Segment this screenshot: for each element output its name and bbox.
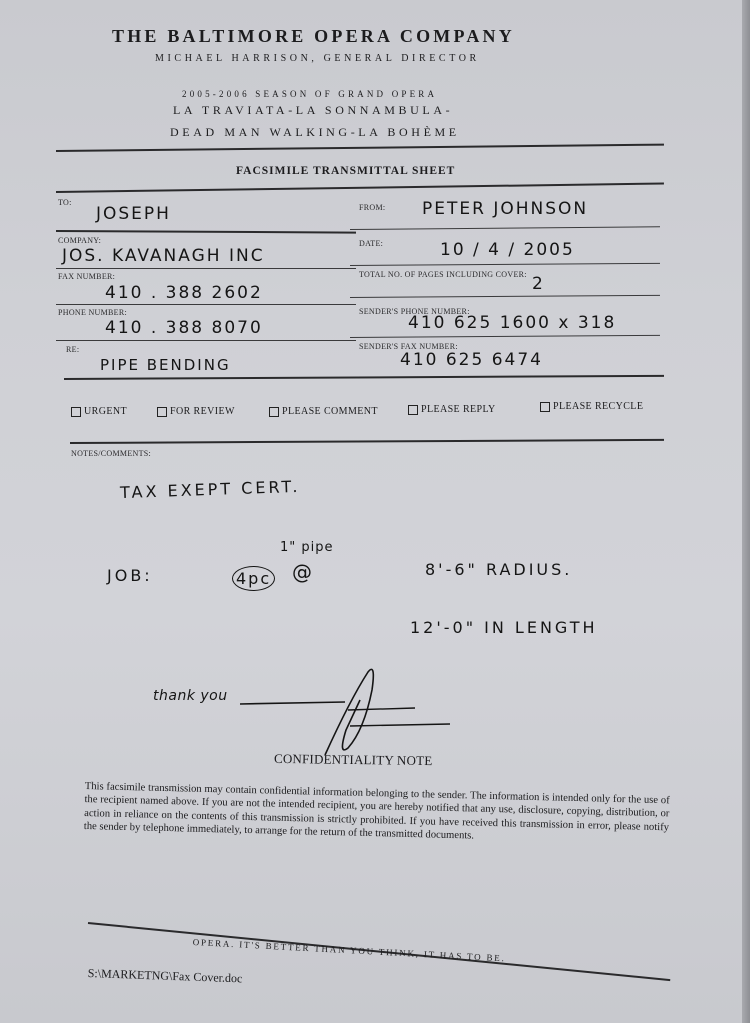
operas-line-1: LA TRAVIATA-LA SONNAMBULA- — [173, 103, 453, 118]
checkbox-label: PLEASE REPLY — [421, 404, 496, 415]
notes-divider — [70, 439, 664, 444]
fax-number-underline — [56, 304, 356, 305]
phone-number-value[interactable]: 410 . 388 8070 — [105, 318, 263, 338]
checkbox-please-comment[interactable]: PLEASE COMMENT — [269, 406, 378, 417]
fax-cover-page: THE BALTIMORE OPERA COMPANY MICHAEL HARR… — [0, 0, 742, 1023]
checkbox-icon — [71, 407, 81, 417]
page-edge — [742, 0, 750, 1023]
sender-fax-value[interactable]: 410 625 6474 — [400, 350, 543, 370]
checkbox-icon — [540, 402, 550, 412]
checkbox-urgent[interactable]: URGENT — [71, 406, 127, 417]
fax-number-label: FAX NUMBER: — [58, 272, 115, 281]
checkbox-icon — [269, 407, 279, 417]
total-pages-underline — [350, 295, 660, 298]
checkbox-please-reply[interactable]: PLEASE REPLY — [408, 404, 496, 415]
letterhead-divider — [56, 144, 664, 152]
checkbox-icon — [157, 407, 167, 417]
title-divider — [56, 183, 664, 193]
date-value[interactable]: 10 / 4 / 2005 — [440, 240, 575, 260]
confidentiality-body: This facsimile transmission may contain … — [84, 780, 670, 848]
checkbox-label: URGENT — [84, 406, 127, 417]
confidentiality-title: CONFIDENTIALITY NOTE — [274, 751, 433, 769]
sender-phone-value[interactable]: 410 625 1600 x 318 — [408, 313, 616, 333]
notes-label: NOTES/COMMENTS: — [71, 449, 151, 458]
company-name: THE BALTIMORE OPERA COMPANY — [112, 26, 515, 47]
from-label: FROM: — [359, 203, 385, 212]
checkbox-icon — [408, 405, 418, 415]
total-pages-value[interactable]: 2 — [532, 274, 545, 294]
re-value[interactable]: PIPE BENDING — [100, 356, 231, 374]
sender-phone-underline — [350, 335, 660, 338]
checkbox-label: FOR REVIEW — [170, 406, 235, 417]
operas-line-2: DEAD MAN WALKING-LA BOHÈME — [170, 125, 460, 140]
job-radius: 8'-6" RADIUS. — [425, 560, 572, 579]
general-director: MICHAEL HARRISON, GENERAL DIRECTOR — [155, 53, 480, 64]
fax-number-value[interactable]: 410 . 388 2602 — [105, 283, 263, 303]
file-path: S:\MARKETNG\Fax Cover.doc — [87, 966, 242, 986]
job-quantity: 4pc — [232, 566, 275, 591]
to-value[interactable]: JOSEPH — [96, 204, 171, 224]
from-value[interactable]: PETER JOHNSON — [422, 199, 588, 219]
notes-line-1: TAX EXEPT CERT. — [120, 477, 301, 502]
phone-number-underline — [56, 340, 356, 341]
signature-icon — [150, 660, 450, 760]
total-pages-label: TOTAL NO. OF PAGES INCLUDING COVER: — [359, 270, 527, 279]
season-title: 2005-2006 SEASON OF GRAND OPERA — [182, 89, 437, 99]
job-pipe-size: 1" pipe — [280, 540, 334, 555]
checkbox-please-recycle[interactable]: PLEASE RECYCLE — [540, 401, 643, 412]
phone-number-label: PHONE NUMBER: — [58, 308, 127, 317]
company-value[interactable]: JOS. KAVANAGH INC — [62, 246, 265, 266]
re-underline — [64, 375, 664, 380]
job-length: 12'-0" IN LENGTH — [410, 618, 598, 637]
re-label: RE: — [66, 345, 79, 354]
checkbox-for-review[interactable]: FOR REVIEW — [157, 406, 235, 417]
company-underline — [56, 268, 356, 269]
checkbox-label: PLEASE COMMENT — [282, 406, 378, 417]
footer-slogan: OPERA. IT'S BETTER THAN YOU THINK, IT HA… — [192, 937, 505, 963]
date-underline — [350, 263, 660, 266]
from-underline — [350, 226, 660, 230]
date-label: DATE: — [359, 239, 383, 248]
job-at-sign: @ — [292, 560, 314, 584]
sheet-title: FACSIMILE TRANSMITTAL SHEET — [236, 165, 455, 177]
company-label: COMPANY: — [58, 236, 101, 245]
to-label: TO: — [58, 198, 72, 207]
to-underline — [56, 230, 356, 234]
checkbox-label: PLEASE RECYCLE — [553, 401, 643, 412]
job-label: JOB: — [107, 566, 153, 585]
